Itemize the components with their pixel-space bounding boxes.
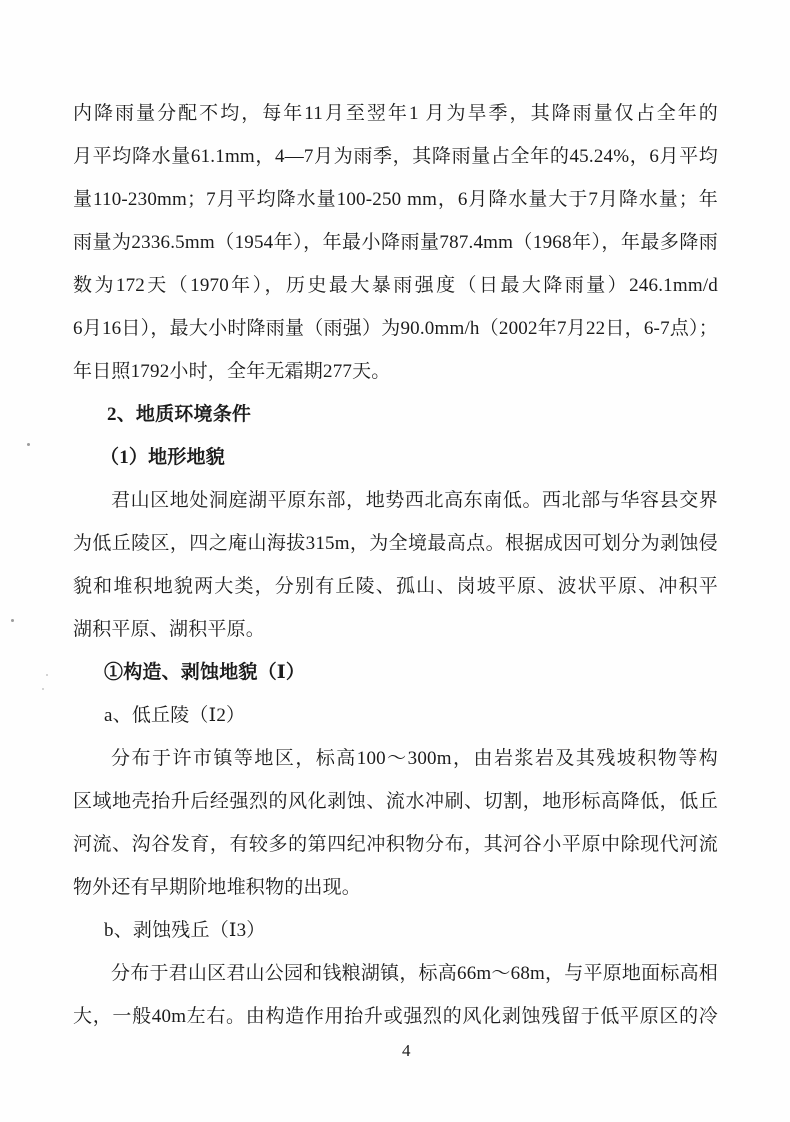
terrain-paragraph-line: 君山区地处洞庭湖平原东部，地势西北高东南低。西北部与华容县交界一带 xyxy=(73,479,718,522)
rainfall-paragraph-line: 雨量为2336.5mm（1954年），年最小降雨量787.4mm（1968年），… xyxy=(73,221,718,264)
low-hills-paragraph-line: 分布于许市镇等地区，标高100～300m，由岩浆岩及其残坡积物等构成，由 xyxy=(73,737,718,780)
subheading-low-hills: a、低丘陵（Ⅰ2） xyxy=(73,694,718,737)
heading-terrain-landform: （1）地形地貌 xyxy=(73,436,718,479)
scanned-page: 内降雨量分配不均，每年11月至翌年1 月为旱季，其降雨量仅占全年的12.4%，1… xyxy=(0,0,790,1122)
scan-speck xyxy=(46,674,48,676)
heading-structural-denudation-landform: ①构造、剥蚀地貌（Ⅰ） xyxy=(73,651,718,694)
rainfall-paragraph-line: 6月16日），最大小时降雨量（雨强）为90.0mm/h（2002年7月22日，6… xyxy=(73,307,718,350)
rainfall-paragraph-line: 量110-230mm；7月平均降水量100-250 mm，6月降水量大于7月降水… xyxy=(73,178,718,221)
terrain-paragraph-line: 貌和堆积地貌两大类，分别有丘陵、孤山、岗坡平原、波状平原、冲积平原、冲 xyxy=(73,565,718,608)
residual-hills-paragraph-line: 大，一般40m左右。由构造作用抬升或强烈的风化剥蚀残留于低平原区的冷家溪 xyxy=(73,995,718,1038)
residual-hills-paragraph-line: 分布于君山区君山公园和钱粮湖镇，标高66m～68m，与平原地面标高相差较 xyxy=(73,952,718,995)
scan-speck xyxy=(11,619,14,622)
rainfall-paragraph-line: 数为172天（1970年），历史最大暴雨强度（日最大降雨量）246.1mm/d（… xyxy=(73,264,718,307)
page-number: 4 xyxy=(402,1041,411,1061)
scan-speck xyxy=(42,688,44,690)
subheading-denudation-residual-hills: b、剥蚀残丘（Ⅰ3） xyxy=(73,909,718,952)
low-hills-paragraph-line: 区域地壳抬升后经强烈的风化剥蚀、流水冲刷、切割，地形标高降低，低丘陵区 xyxy=(73,780,718,823)
terrain-paragraph-line: 为低丘陵区，四之庵山海拔315m，为全境最高点。根据成因可划分为剥蚀侵蚀地 xyxy=(73,522,718,565)
low-hills-paragraph-line: 河流、沟谷发育，有较多的第四纪冲积物分布，其河谷小平原中除现代河流堆积 xyxy=(73,823,718,866)
rainfall-paragraph-line: 内降雨量分配不均，每年11月至翌年1 月为旱季，其降雨量仅占全年的12.4%，1 xyxy=(73,92,718,135)
terrain-paragraph-line: 湖积平原、湖积平原。 xyxy=(73,608,718,651)
rainfall-paragraph-line: 月平均降水量61.1mm，4—7月为雨季，其降雨量占全年的45.24%，6月平均… xyxy=(73,135,718,178)
rainfall-paragraph-line: 年日照1792小时，全年无霜期277天。 xyxy=(73,350,718,393)
scan-speck xyxy=(27,443,30,446)
document-text-block: 内降雨量分配不均，每年11月至翌年1 月为旱季，其降雨量仅占全年的12.4%，1… xyxy=(73,92,718,1038)
heading-geological-environment-conditions: 2、地质环境条件 xyxy=(73,393,718,436)
low-hills-paragraph-line: 物外还有早期阶地堆积物的出现。 xyxy=(73,866,718,909)
